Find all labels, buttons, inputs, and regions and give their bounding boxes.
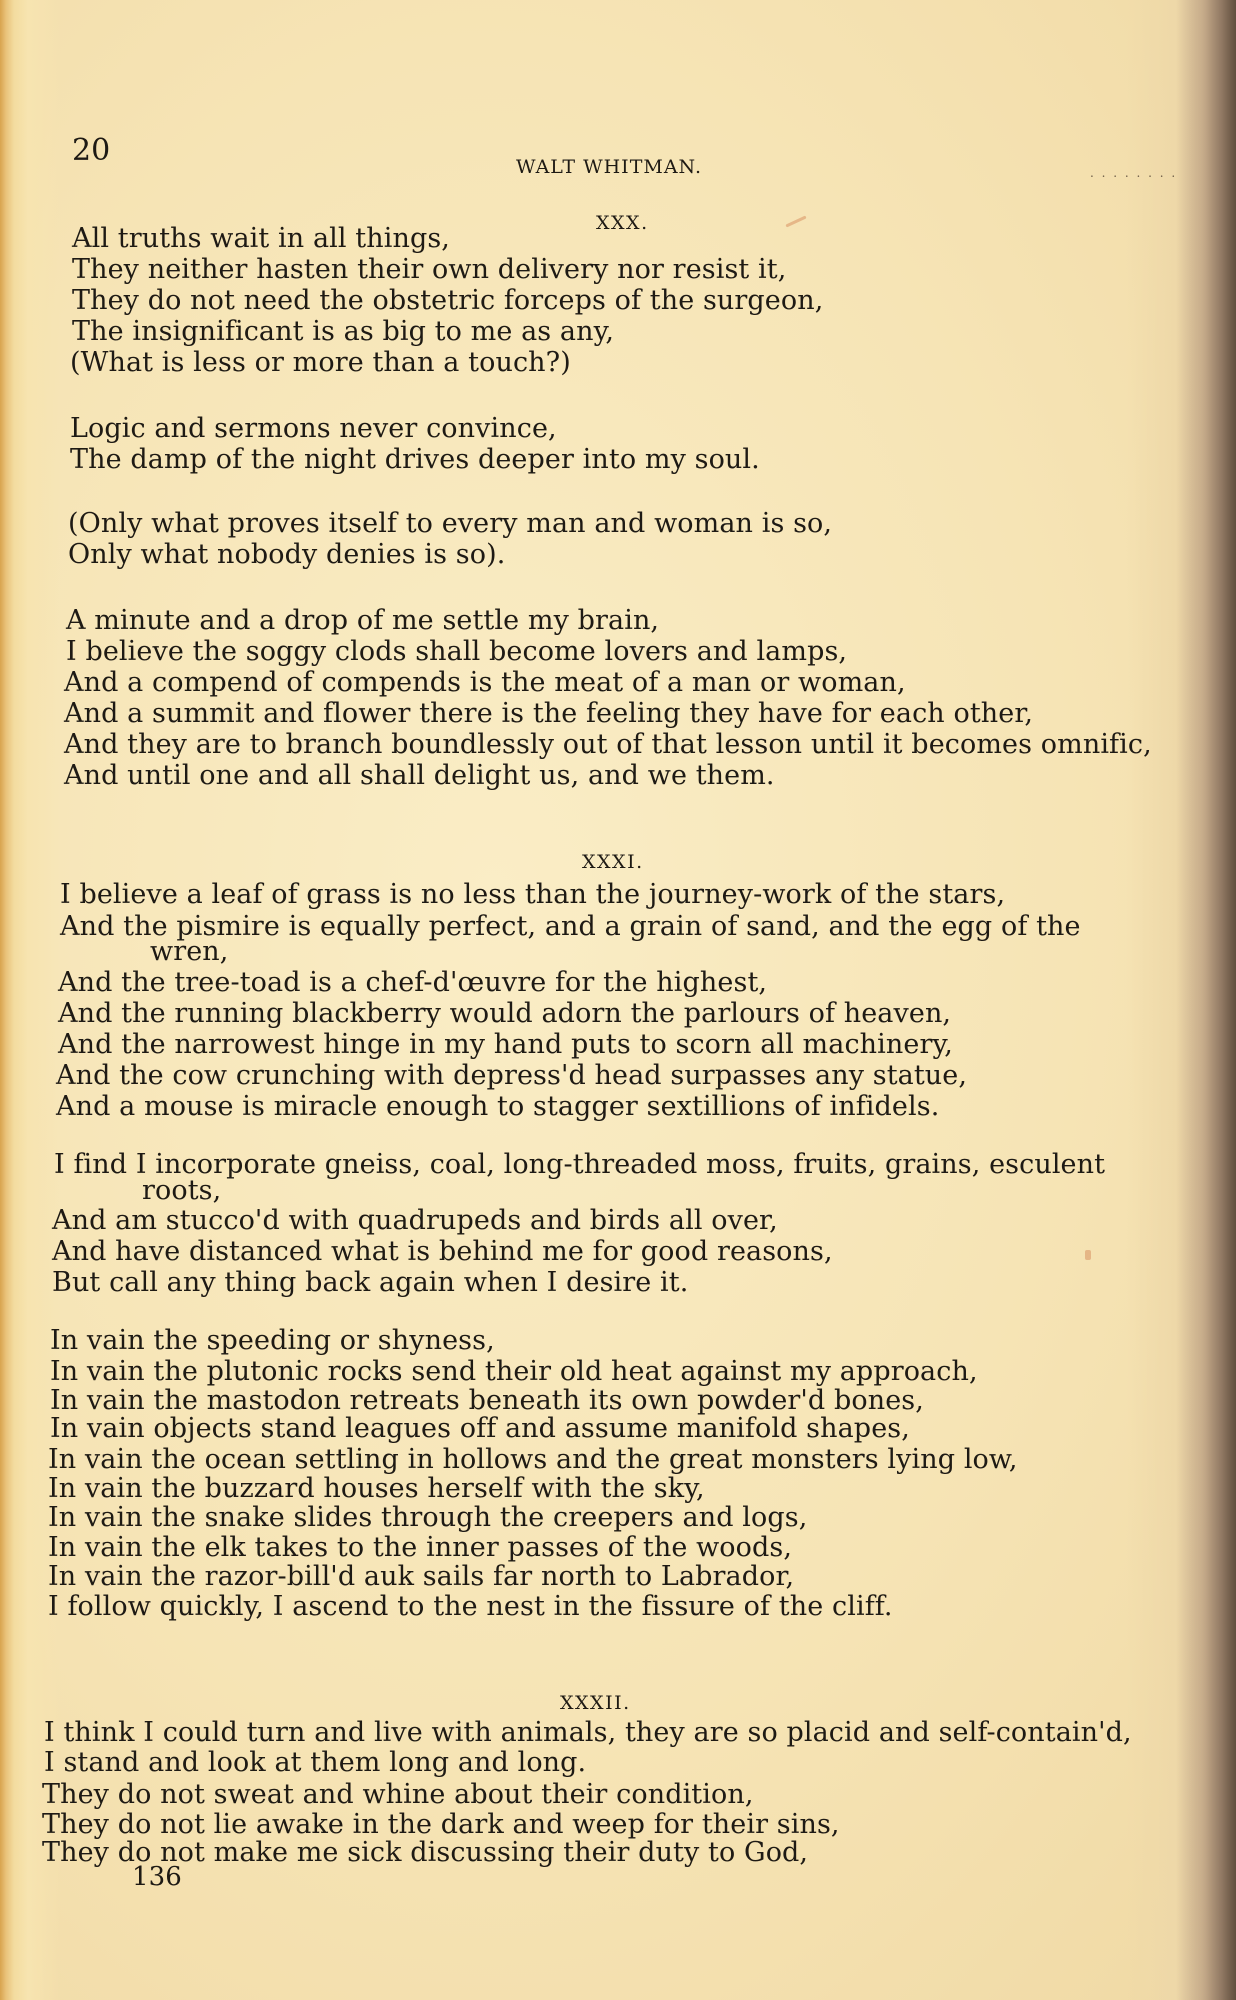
poem-line: In vain the razor-bill'd auk sails far n… — [48, 1562, 794, 1592]
poem-line: And am stucco'd with quadrupeds and bird… — [52, 1206, 778, 1236]
poem-line: In vain the buzzard houses herself with … — [48, 1474, 705, 1504]
folio-mark: 136 — [132, 1862, 182, 1892]
poem-line: And until one and all shall delight us, … — [64, 761, 775, 791]
poem-line: And the cow crunching with depress'd hea… — [56, 1061, 967, 1091]
poem-line: All truths wait in all things, — [72, 224, 450, 254]
poem-line: But call any thing back again when I des… — [52, 1268, 688, 1298]
poem-line: A minute and a drop of me settle my brai… — [66, 606, 659, 636]
poem-line-continuation: roots, — [142, 1176, 221, 1206]
poem-line: (What is less or more than a touch?) — [70, 348, 571, 378]
poem-line: In vain the mastodon retreats beneath it… — [50, 1386, 924, 1416]
poem-line: And the narrowest hinge in my hand puts … — [58, 1030, 953, 1060]
poem-line: And the tree-toad is a chef-d'œuvre for … — [58, 968, 767, 998]
poem-line: I think I could turn and live with anima… — [44, 1718, 1132, 1748]
print-smudge: . . . . . . . . — [1090, 166, 1177, 180]
book-page: 20 WALT WHITMAN. . . . . . . . . XXX. Al… — [0, 0, 1236, 2000]
poem-line: And a compend of compends is the meat of… — [64, 668, 906, 698]
poem-line: They do not lie awake in the dark and we… — [42, 1810, 840, 1840]
poem-line: Only what nobody denies is so). — [68, 540, 505, 570]
poem-line: And a mouse is miracle enough to stagger… — [56, 1092, 939, 1122]
poem-line: In vain the snake slides through the cre… — [48, 1503, 807, 1533]
page-curl-shadow — [1176, 0, 1236, 2000]
poem-line: And the running blackberry would adorn t… — [58, 999, 951, 1029]
poem-line-continuation: wren, — [150, 937, 228, 967]
poem-line: In vain the elk takes to the inner passe… — [48, 1533, 792, 1563]
page-number: 20 — [72, 136, 110, 166]
poem-line: Logic and sermons never convince, — [70, 414, 557, 444]
section-heading: XXXII. — [560, 1688, 631, 1718]
running-header: WALT WHITMAN. — [516, 152, 702, 182]
poem-line: (Only what proves itself to every man an… — [68, 509, 832, 539]
poem-line: And have distanced what is behind me for… — [52, 1237, 833, 1267]
paper-stain — [1085, 1250, 1091, 1260]
poem-line: I follow quickly, I ascend to the nest i… — [48, 1592, 893, 1622]
paper-stain — [785, 215, 806, 227]
poem-line: The insignificant is as big to me as any… — [72, 317, 614, 347]
poem-line: I believe the soggy clods shall become l… — [66, 637, 847, 667]
poem-line: I believe a leaf of grass is no less tha… — [60, 880, 1005, 910]
section-heading: XXX. — [596, 208, 649, 238]
poem-line: And a summit and flower there is the fee… — [64, 699, 1033, 729]
poem-line: They do not need the obstetric forceps o… — [72, 286, 823, 316]
poem-line: The damp of the night drives deeper into… — [70, 445, 760, 475]
poem-line: In vain the speeding or shyness, — [50, 1326, 495, 1356]
poem-line: In vain objects stand leagues off and as… — [50, 1414, 910, 1444]
poem-line: In vain the ocean settling in hollows an… — [48, 1445, 1018, 1475]
poem-line: They do not sweat and whine about their … — [42, 1780, 754, 1810]
poem-line: In vain the plutonic rocks send their ol… — [50, 1357, 978, 1387]
section-heading: XXXI. — [582, 847, 644, 877]
poem-line: I stand and look at them long and long. — [44, 1748, 586, 1778]
poem-line: They neither hasten their own delivery n… — [72, 255, 786, 285]
poem-line: And they are to branch boundlessly out o… — [64, 730, 1152, 760]
